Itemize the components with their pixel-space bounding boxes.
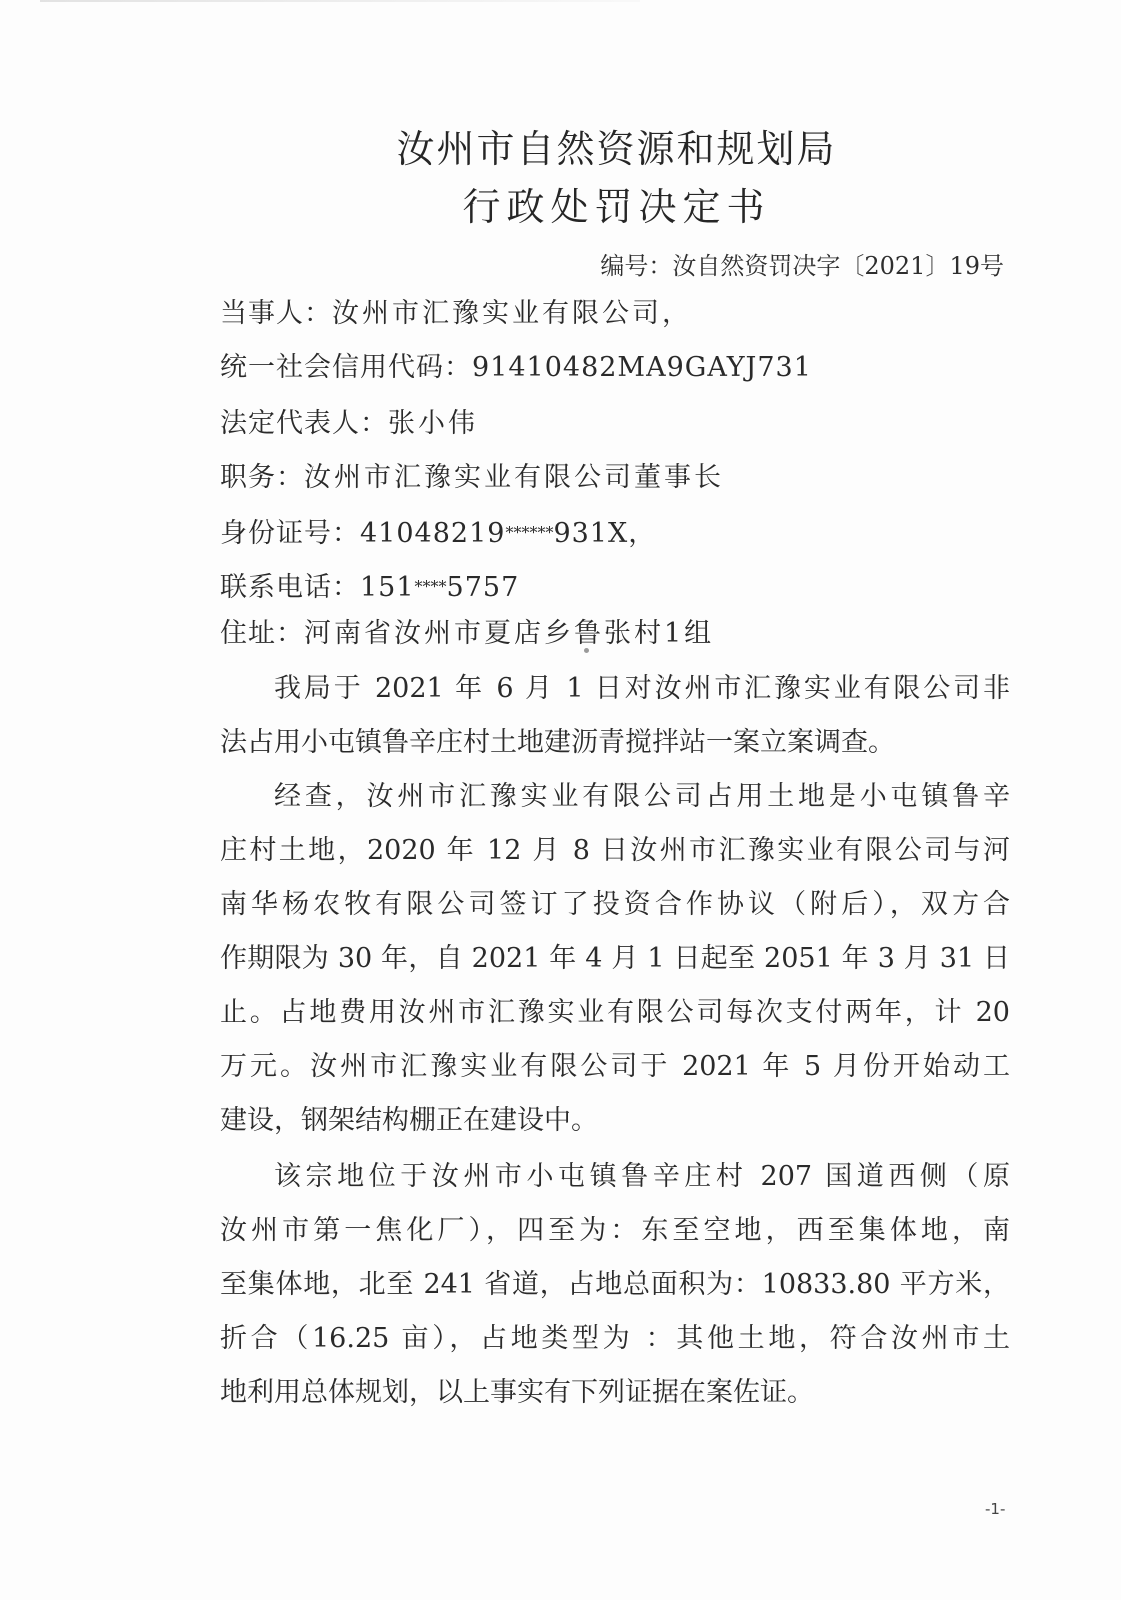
id-number-mask: ******	[505, 523, 553, 542]
credit-code-label: 统一社会信用代码：	[220, 352, 472, 383]
phone-label: 联系电话：	[220, 572, 360, 603]
phone-prefix: 151	[360, 572, 415, 603]
paragraph-line: 作期限为 30 年，自 2021 年 4 月 1 日起至 2051 年 3 月 …	[220, 932, 1010, 986]
credit-code-value: 91410482MA9GAYJ731	[472, 352, 812, 383]
phone-field: 联系电话：151****5757	[220, 574, 519, 601]
position-field: 职务：汝州市汇豫实业有限公司董事长	[220, 464, 724, 491]
paragraph-line: 汝州市第一焦化厂），四至为：东至空地，西至集体地，南	[220, 1204, 1010, 1258]
document-title-agency: 汝州市自然资源和规划局	[56, 130, 1121, 168]
paragraph-line: 该宗地位于汝州市小屯镇鲁辛庄村 207 国道西侧（原	[220, 1150, 1010, 1204]
document-title-type: 行政处罚决定书	[56, 188, 1121, 226]
phone-mask: ****	[415, 577, 447, 596]
paragraph-case-filing: 我局于 2021 年 6 月 1 日对汝州市汇豫实业有限公司非 法占用小屯镇鲁辛…	[220, 662, 1010, 770]
position-label: 职务：	[220, 462, 304, 493]
paragraph-line: 至集体地，北至 241 省道，占地总面积为：10833.80 平方米，	[220, 1258, 1010, 1312]
paragraph-line: 南华杨农牧有限公司签订了投资合作协议（附后），双方合	[220, 878, 1010, 932]
paragraph-line: 庄村土地，2020 年 12 月 8 日汝州市汇豫实业有限公司与河	[220, 824, 1010, 878]
position-value: 汝州市汇豫实业有限公司董事长	[304, 462, 724, 493]
party-field: 当事人：汝州市汇豫实业有限公司，	[220, 300, 692, 327]
legal-rep-field: 法定代表人：张小伟	[220, 410, 478, 437]
legal-rep-label: 法定代表人：	[220, 408, 388, 439]
page-number: -1-	[985, 1500, 1005, 1518]
id-number-label: 身份证号：	[220, 518, 360, 549]
address-label: 住址：	[220, 618, 304, 649]
id-number-prefix: 41048219	[360, 518, 505, 549]
paragraph-line: 地利用总体规划，以上事实有下列证据在案佐证。	[220, 1366, 1010, 1420]
paragraph-line: 我局于 2021 年 6 月 1 日对汝州市汇豫实业有限公司非	[220, 662, 1010, 716]
paragraph-investigation-findings: 经查，汝州市汇豫实业有限公司占用土地是小屯镇鲁辛 庄村土地，2020 年 12 …	[220, 770, 1010, 1148]
party-label: 当事人：	[220, 298, 332, 329]
paragraph-line: 万元。汝州市汇豫实业有限公司于 2021 年 5 月份开始动工	[220, 1040, 1010, 1094]
paragraph-land-location: 该宗地位于汝州市小屯镇鲁辛庄村 207 国道西侧（原 汝州市第一焦化厂），四至为…	[220, 1150, 1010, 1420]
paragraph-line: 折合（16.25 亩），占地类型为 ：其他土地，符合汝州市土	[220, 1312, 1010, 1366]
document-number: 编号：汝自然资罚决字〔2021〕19号	[600, 246, 1004, 281]
address-field: 住址：河南省汝州市夏店乡鲁张村1组	[220, 620, 714, 647]
paragraph-line: 法占用小屯镇鲁辛庄村土地建沥青搅拌站一案立案调查。	[220, 716, 1010, 770]
address-value: 河南省汝州市夏店乡鲁张村1组	[304, 618, 714, 649]
paragraph-line: 止。占地费用汝州市汇豫实业有限公司每次支付两年，计 20	[220, 986, 1010, 1040]
paragraph-line: 建设，钢架结构棚正在建设中。	[220, 1094, 1010, 1148]
credit-code-field: 统一社会信用代码：91410482MA9GAYJ731	[220, 354, 812, 381]
paragraph-line: 经查，汝州市汇豫实业有限公司占用土地是小屯镇鲁辛	[220, 770, 1010, 824]
party-value: 汝州市汇豫实业有限公司，	[332, 298, 692, 329]
id-number-field: 身份证号：41048219******931X，	[220, 520, 656, 547]
id-number-suffix: 931X，	[553, 518, 656, 549]
scan-speck	[584, 648, 589, 653]
legal-rep-value: 张小伟	[388, 408, 478, 439]
phone-suffix: 5757	[447, 572, 520, 603]
scan-edge-artifact	[40, 0, 640, 2]
